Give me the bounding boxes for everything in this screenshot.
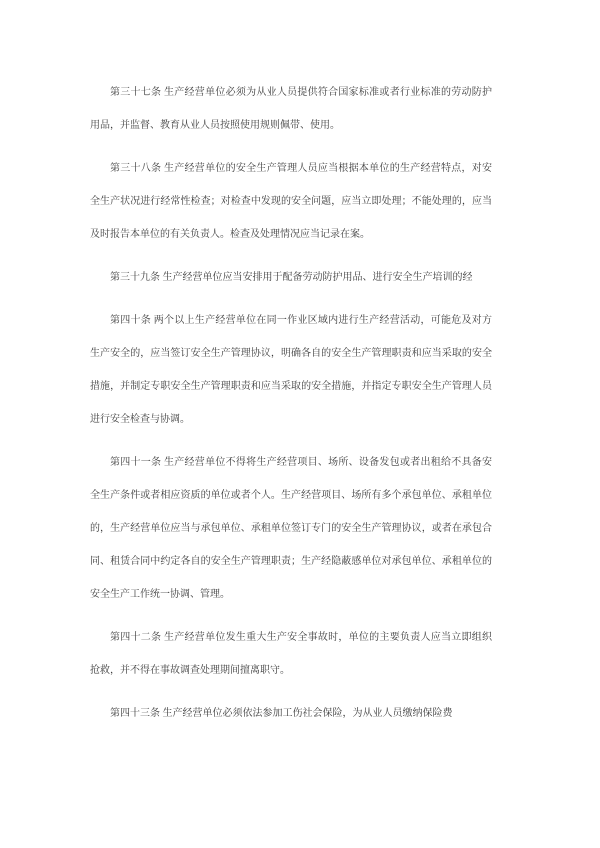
text-line: 第三十九条 生产经营单位应当安排用于配备劳动防护用品、进行安全生产培训的经费。 [90,261,492,294]
text-line: 进行安全检查与协调。 [90,403,492,436]
paragraph-article-39: 第三十九条 生产经营单位应当安排用于配备劳动防护用品、进行安全生产培训的经费。 [90,261,492,294]
text-line: 第四十条 两个以上生产经营单位在同一作业区域内进行生产经营活动，可能危及对方 [90,304,492,337]
text-line: 第三十八条 生产经营单位的安全生产管理人员应当根据本单位的生产经营特点，对安 [90,152,492,185]
document-page: 第三十七条 生产经营单位必须为从业人员提供符合国家标准或者行业标准的劳动防护 用… [0,0,600,848]
text-line: 生产安全的，应当签订安全生产管理协议，明确各自的安全生产管理职责和应当采取的安全 [90,337,492,370]
text-line: 第四十一条 生产经营单位不得将生产经营项目、场所、设备发包或者出租给不具备安 [90,446,492,479]
text-line: 抢救，并不得在事故调查处理期间擅离职守。 [90,654,492,687]
paragraph-article-37: 第三十七条 生产经营单位必须为从业人员提供符合国家标准或者行业标准的劳动防护 用… [90,76,492,142]
text-line: 措施，并制定专职安全生产管理职责和应当采取的安全措施，并指定专职安全生产管理人员 [90,370,492,403]
text-line: 第四十三条 生产经营单位必须依法参加工伤社会保险，为从业人员缴纳保险费 [90,697,492,730]
text-line: 全生产条件或者相应资质的单位或者个人。生产经营项目、场所有多个承包单位、承租单位 [90,479,492,512]
paragraph-article-41: 第四十一条 生产经营单位不得将生产经营项目、场所、设备发包或者出租给不具备安 全… [90,446,492,611]
paragraph-article-42: 第四十二条 生产经营单位发生重大生产安全事故时，单位的主要负责人应当立即组织 抢… [90,621,492,687]
paragraph-article-38: 第三十八条 生产经营单位的安全生产管理人员应当根据本单位的生产经营特点，对安 全… [90,152,492,251]
text-line: 及时报告本单位的有关负责人。检查及处理情况应当记录在案。 [90,218,492,251]
text-line: 第四十二条 生产经营单位发生重大生产安全事故时，单位的主要负责人应当立即组织 [90,621,492,654]
paragraph-article-40: 第四十条 两个以上生产经营单位在同一作业区域内进行生产经营活动，可能危及对方 生… [90,304,492,436]
text-line: 同、租赁合同中约定各自的安全生产管理职责；生产经隐蔽感单位对承包单位、承租单位的 [90,545,492,578]
paragraph-article-43: 第四十三条 生产经营单位必须依法参加工伤社会保险，为从业人员缴纳保险费 [90,697,492,730]
text-line: 全生产状况进行经常性检查；对检查中发现的安全问题，应当立即处理；不能处理的，应当 [90,185,492,218]
text-line: 用品，并监督、教育从业人员按照使用规则佩带、使用。 [90,109,492,142]
text-line: 第三十七条 生产经营单位必须为从业人员提供符合国家标准或者行业标准的劳动防护 [90,76,492,109]
text-line: 的，生产经营单位应当与承包单位、承租单位签订专门的安全生产管理协议，或者在承包合 [90,512,492,545]
text-line: 安全生产工作统一协调、管理。 [90,578,492,611]
document-content: 第三十七条 生产经营单位必须为从业人员提供符合国家标准或者行业标准的劳动防护 用… [90,76,492,740]
